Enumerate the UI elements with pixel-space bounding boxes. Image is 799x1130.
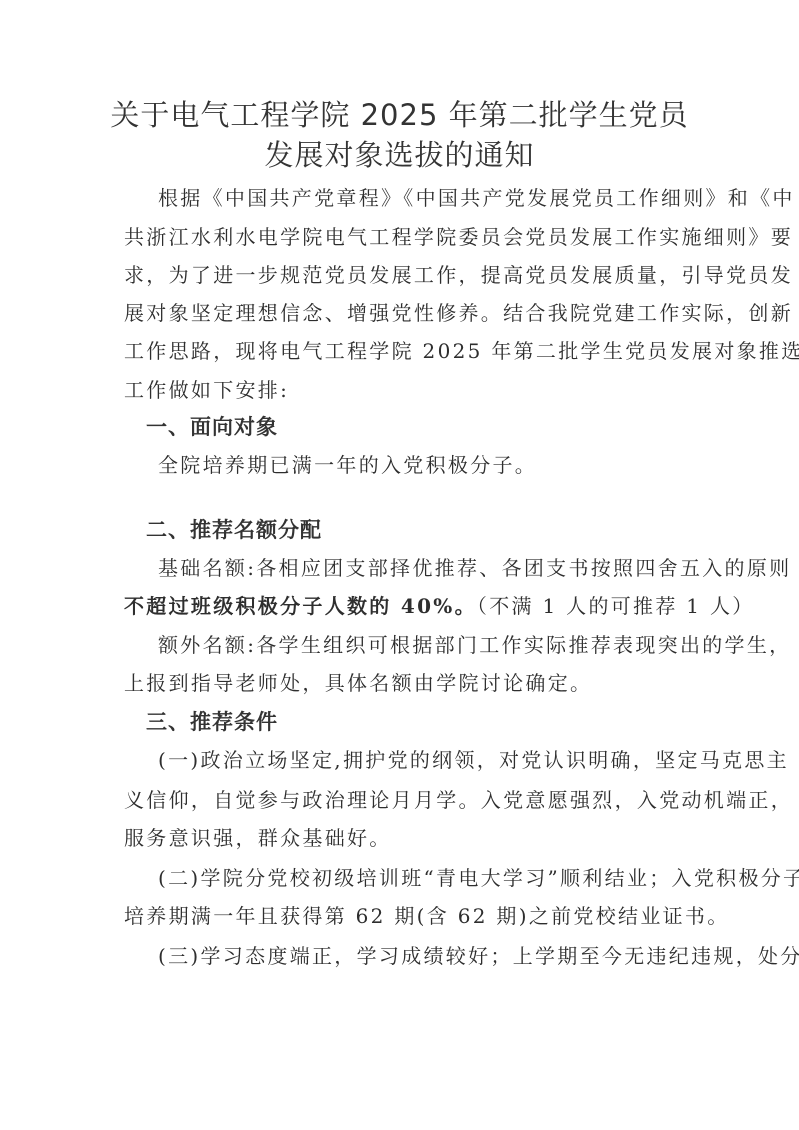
document-title-line1: 关于电气工程学院 2025 年第二批学生党员: [0, 97, 799, 133]
condition-1-line: 服务意识强，群众基础好。: [124, 825, 392, 851]
intro-line: 工作思路，现将电气工程学院 2025 年第二批学生党员发展对象推选: [124, 338, 799, 364]
condition-1-line: 义信仰，自觉参与政治理论月月学。入党意愿强烈，入党动机端正，: [124, 787, 793, 813]
intro-line: 工作做如下安排:: [124, 377, 289, 403]
intro-line: 求，为了进一步规范党员发展工作，提高党员发展质量，引导党员发: [124, 262, 793, 288]
basic-quota-note: （不满 1 人的可推荐 1 人）: [477, 594, 755, 618]
basic-quota-line2: 不超过班级积极分子人数的 40%。（不满 1 人的可推荐 1 人）: [124, 593, 755, 619]
condition-2-line: (二)学院分党校初级培训班“青电大学习”顺利结业；入党积极分子: [158, 865, 799, 891]
section1-text: 全院培养期已满一年的入党积极分子。: [158, 452, 537, 478]
section-heading-2: 二、推荐名额分配: [146, 516, 322, 544]
intro-line: 根据《中国共产党章程》《中国共产党发展党员工作细则》和《中: [158, 185, 795, 211]
section-heading-1: 一、面向对象: [146, 413, 278, 441]
condition-2-line: 培养期满一年且获得第 62 期(含 62 期)之前党校结业证书。: [124, 903, 730, 929]
extra-quota-line1: 额外名额:各学生组织可根据部门工作实际推荐表现突出的学生，: [158, 632, 791, 658]
section-heading-3: 三、推荐条件: [146, 708, 278, 736]
extra-quota-line2: 上报到指导老师处，具体名额由学院讨论确定。: [124, 670, 592, 696]
condition-1-line: (一)政治立场坚定,拥护党的纲领，对党认识明确，坚定马克思主: [158, 747, 789, 773]
intro-line: 共浙江水利水电学院电气工程学院委员会党员发展工作实施细则》要: [124, 224, 793, 250]
document-title-line2: 发展对象选拔的通知: [0, 137, 799, 173]
basic-quota-limit: 不超过班级积极分子人数的 40%。: [124, 594, 477, 618]
basic-quota-line1: 基础名额:各相应团支部择优推荐、各团支书按照四舍五入的原则: [158, 555, 791, 581]
intro-line: 展对象坚定理想信念、增强党性修养。结合我院党建工作实际，创新: [124, 300, 793, 326]
condition-3-line: (三)学习态度端正，学习成绩较好；上学期至今无违纪违规，处分: [158, 943, 799, 969]
